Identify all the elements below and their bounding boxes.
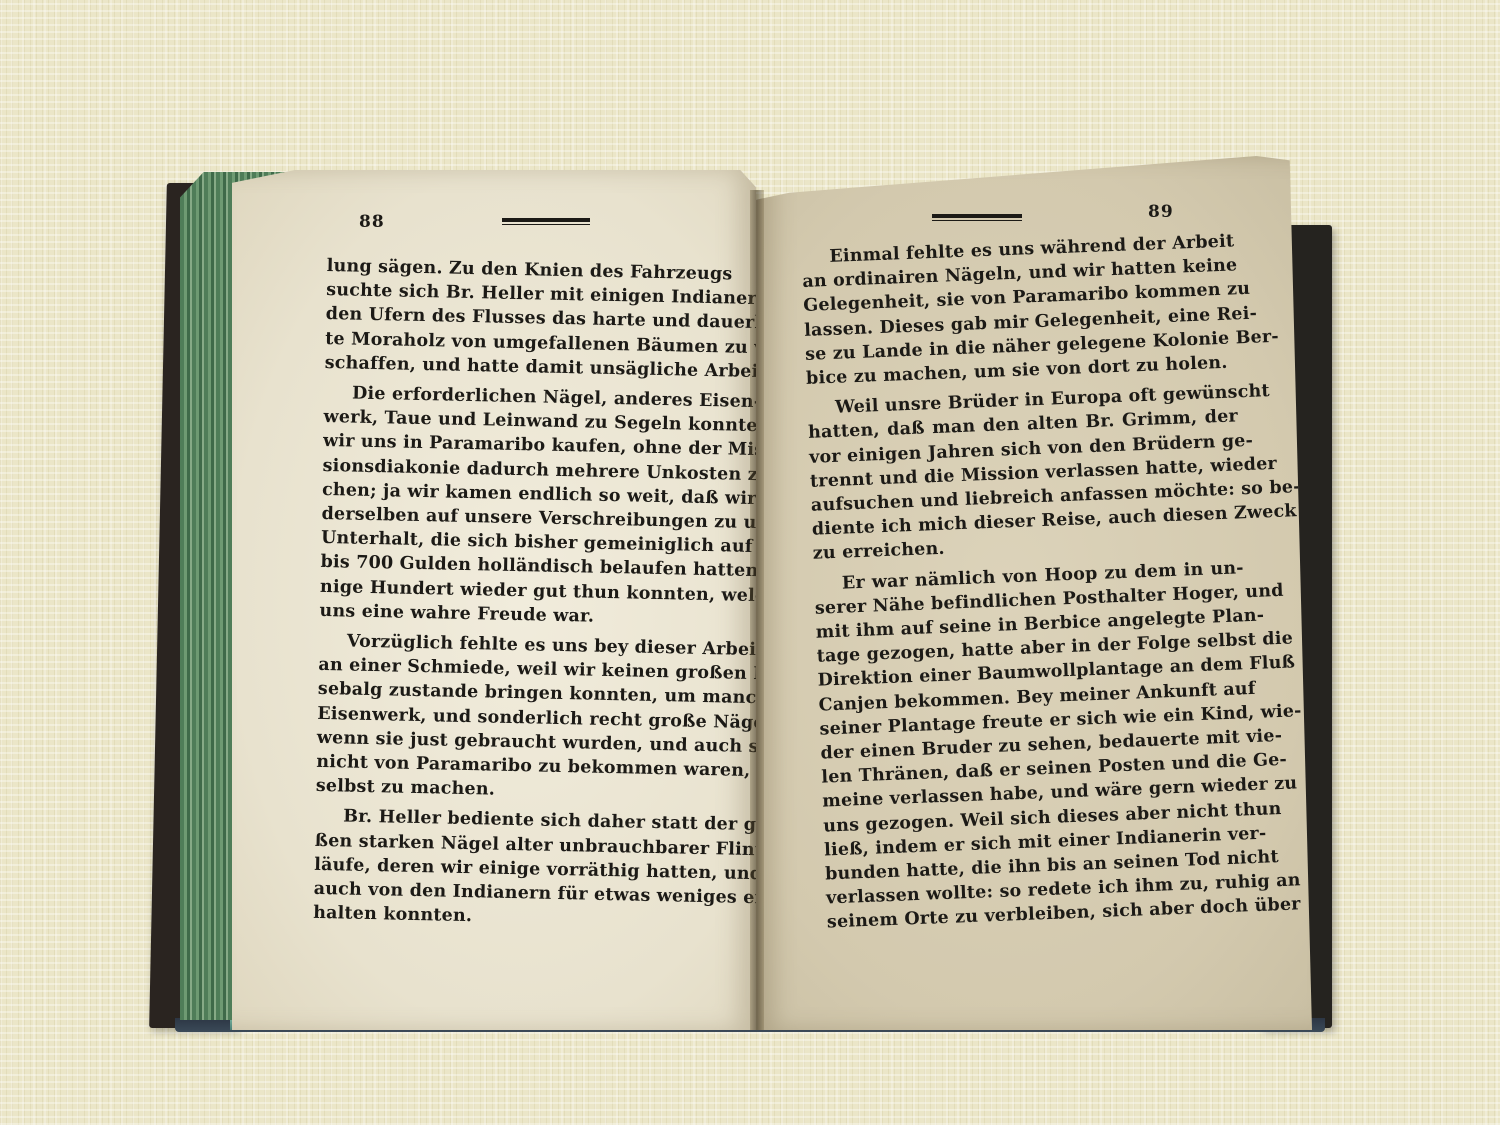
paragraph: Er war nämlich von Hoop zu dem in un-ser…	[814, 556, 1258, 935]
paragraph: lung sägen. Zu den Knien des Fahrzeugssu…	[324, 254, 726, 383]
page-number-right: 89	[1148, 202, 1174, 222]
left-page: 88 lung sägen. Zu den Knien des Fahrzeug…	[232, 170, 756, 1030]
right-page: 89 Einmal fehlte es uns während der Arbe…	[756, 156, 1312, 1030]
page-number-left: 88	[359, 212, 385, 232]
book-photo-scene: 88 lung sägen. Zu den Knien des Fahrzeug…	[0, 0, 1500, 1125]
book-gutter	[750, 190, 764, 1030]
paragraph: Weil unsre Brüder in Europa oft gewünsch…	[807, 381, 1243, 567]
paragraph: Einmal fehlte es uns während der Arbeita…	[801, 229, 1236, 391]
paragraph: Br. Heller bediente sich daher statt der…	[313, 804, 715, 933]
header-rule-left	[502, 218, 590, 225]
right-page-text: Einmal fehlte es uns während der Arbeita…	[801, 229, 1257, 935]
header-rule-right	[932, 214, 1022, 221]
left-page-text: lung sägen. Zu den Knien des Fahrzeugssu…	[313, 254, 727, 934]
paragraph: Vorzüglich fehlte es uns bey dieser Arbe…	[316, 629, 719, 807]
paragraph: Die erforderlichen Nägel, anderes Eisen-…	[319, 381, 724, 631]
